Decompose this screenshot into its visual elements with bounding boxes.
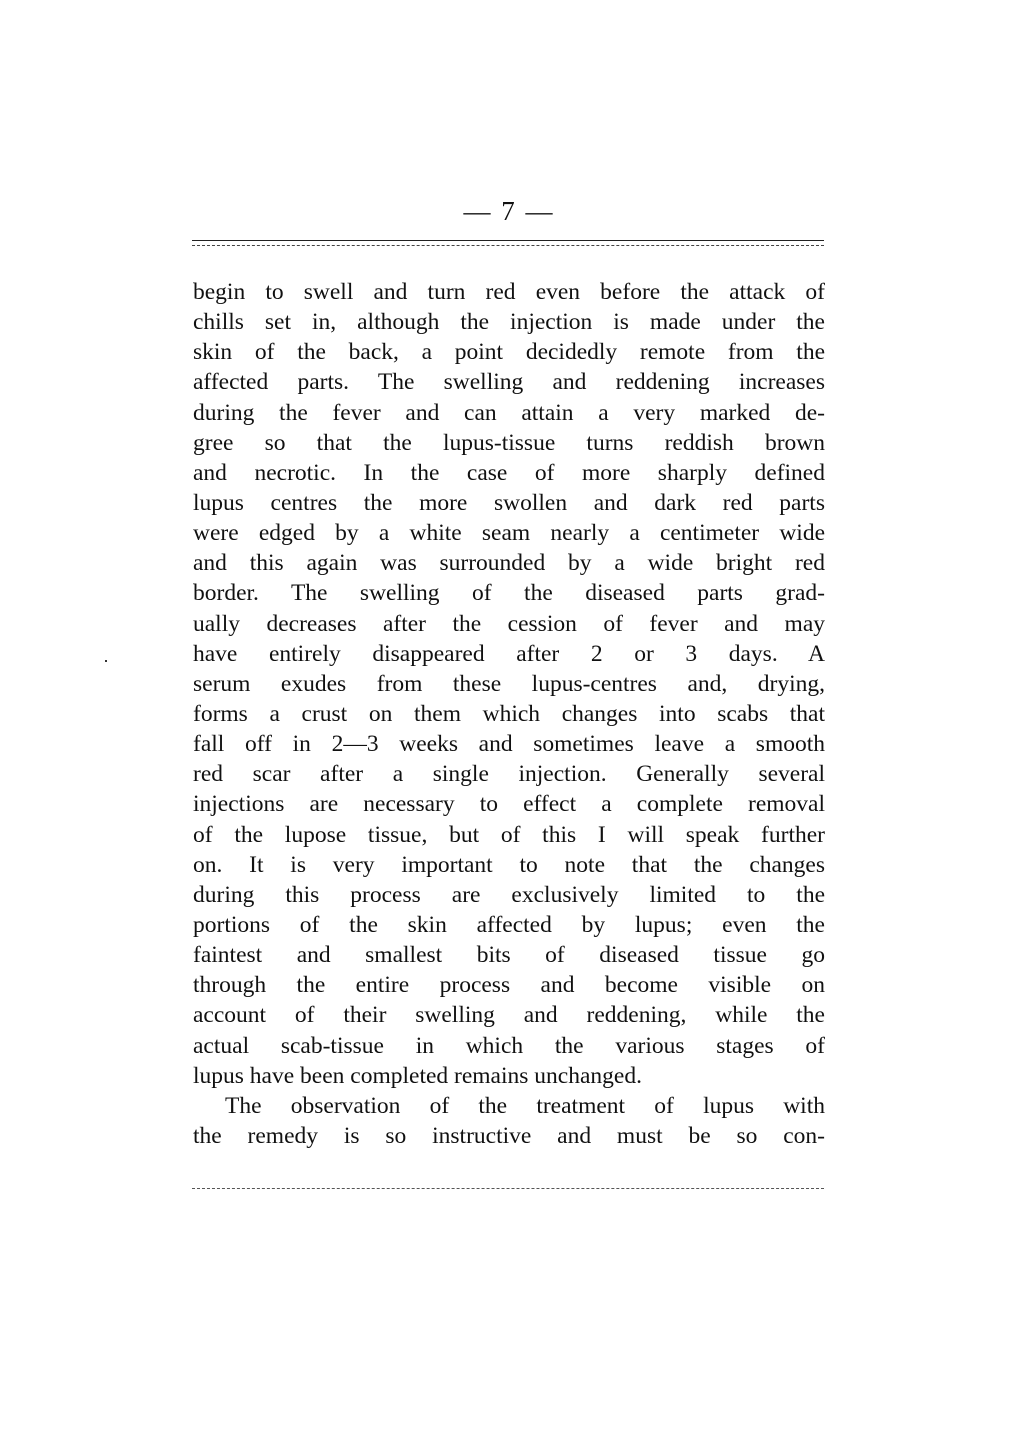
text-line: and this again was surrounded by a wide … <box>193 548 825 578</box>
margin-speck <box>105 660 107 662</box>
text-line: gree so that the lupus-tissue turns redd… <box>193 428 825 458</box>
paragraph-1: begin to swell and turn red even before … <box>193 277 825 1091</box>
body-text: begin to swell and turn red even before … <box>193 277 825 1151</box>
text-line: portions of the skin affected by lupus; … <box>193 910 825 940</box>
text-line: have entirely disappeared after 2 or 3 d… <box>193 639 825 669</box>
paragraph-2: The observation of the treatment of lupu… <box>193 1091 825 1151</box>
text-line: actual scab-tissue in which the various … <box>193 1031 825 1061</box>
text-line: during the fever and can attain a very m… <box>193 398 825 428</box>
text-line: through the entire process and become vi… <box>193 970 825 1000</box>
text-line: during this process are exclusively limi… <box>193 880 825 910</box>
text-line: injections are necessary to effect a com… <box>193 789 825 819</box>
text-line: account of their swelling and reddening,… <box>193 1000 825 1030</box>
text-line: begin to swell and turn red even before … <box>193 277 825 307</box>
text-line: lupus have been completed remains unchan… <box>193 1061 825 1091</box>
footer-rule <box>192 1188 824 1189</box>
page-number: — 7 — <box>0 196 1018 227</box>
text-line: were edged by a white seam nearly a cent… <box>193 518 825 548</box>
text-line: border. The swelling of the diseased par… <box>193 578 825 608</box>
text-line: on. It is very important to note that th… <box>193 850 825 880</box>
text-line: chills set in, although the injection is… <box>193 307 825 337</box>
text-line: lupus centres the more swollen and dark … <box>193 488 825 518</box>
text-line: faintest and smallest bits of diseased t… <box>193 940 825 970</box>
text-line: and necrotic. In the case of more sharpl… <box>193 458 825 488</box>
text-line: affected parts. The swelling and reddeni… <box>193 367 825 397</box>
text-line: serum exudes from these lupus-centres an… <box>193 669 825 699</box>
text-line: The observation of the treatment of lupu… <box>193 1091 825 1121</box>
text-line: the remedy is so instructive and must be… <box>193 1121 825 1151</box>
text-line: skin of the back, a point decidedly remo… <box>193 337 825 367</box>
header-rule <box>192 240 824 246</box>
text-line: red scar after a single injection. Gener… <box>193 759 825 789</box>
text-line: forms a crust on them which changes into… <box>193 699 825 729</box>
text-line: ually decreases after the cession of fev… <box>193 609 825 639</box>
text-line: of the lupose tissue, but of this I will… <box>193 820 825 850</box>
text-line: fall off in 2—3 weeks and sometimes leav… <box>193 729 825 759</box>
